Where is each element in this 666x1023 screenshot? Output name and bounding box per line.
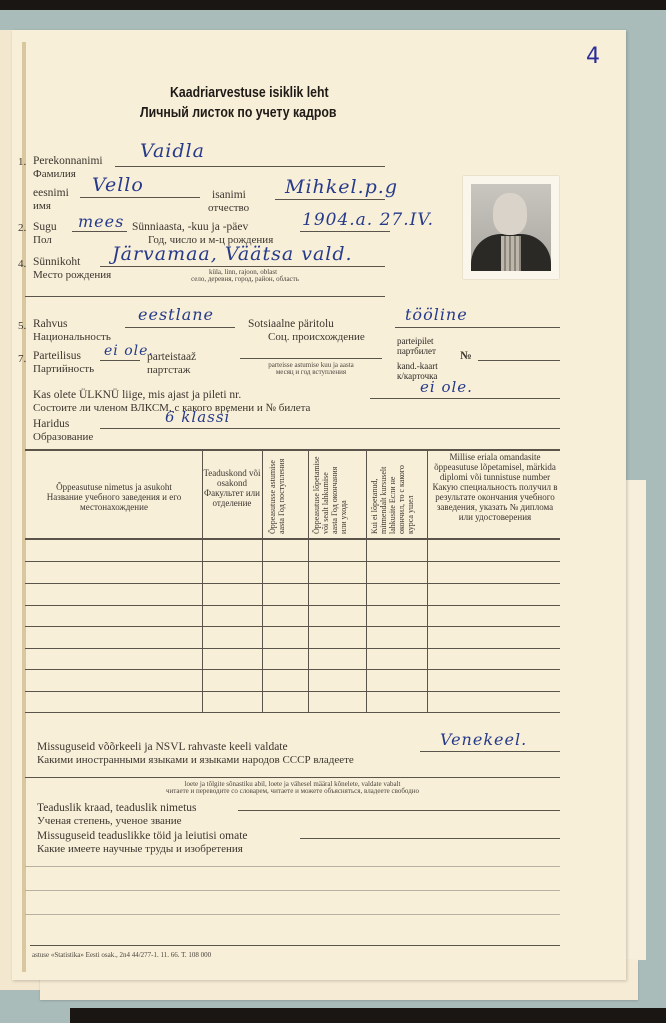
education-label-ru: Образование (33, 431, 93, 443)
sex-label-ru: Пол (33, 234, 52, 246)
page-number: 4 (586, 44, 600, 69)
party-card-label-ru: партбилет (397, 346, 436, 356)
patronymic-label-ru: отчество (208, 202, 249, 214)
party-label: Parteilisus (33, 350, 81, 363)
background-bottom (70, 1008, 666, 1023)
patronymic-label: isanimi (212, 189, 246, 202)
field-number: 1. (18, 156, 26, 168)
first-name-value[interactable]: Vello (92, 174, 144, 196)
birth-place-value[interactable]: Järvamaa, Väätsa vald. (112, 243, 353, 265)
komsomol-value[interactable]: ei ole. (420, 378, 473, 396)
party-stage-label-ru: партстаж (147, 364, 190, 376)
surname-label: Perekonnanimi (33, 155, 103, 168)
party-card-label: parteipilet (397, 336, 433, 346)
degree-label: Teaduslik kraad, teaduslik nimetus (37, 802, 197, 815)
nationality-label: Rahvus (33, 318, 68, 331)
languages-label: Missuguseid võõrkeeli ja NSVL rahvaste k… (37, 741, 288, 754)
field-number: 2. (18, 222, 26, 234)
languages-label-ru: Какими иностранными языками и языками на… (37, 754, 354, 766)
first-name-label: eesnimi (33, 187, 69, 200)
portrait-photo (463, 176, 559, 279)
social-origin-value[interactable]: tööline (405, 305, 468, 324)
degree-label-ru: Ученая степень, ученое звание (37, 815, 182, 827)
background-top (0, 0, 666, 10)
party-stage-label: parteistaaž (147, 351, 196, 364)
title-russian: Личный листок по учету кадров (140, 104, 336, 121)
social-origin-label-ru: Соц. происхождение (268, 331, 365, 343)
title-estonian: Kaadriarvestuse isiklik leht (170, 84, 329, 101)
surname-label-ru: Фамилия (33, 168, 76, 180)
sex-value[interactable]: mees (78, 212, 124, 231)
patronymic-value[interactable]: Mihkel.p.g (285, 176, 398, 198)
languages-value[interactable]: Venekeel. (440, 730, 527, 749)
surname-value[interactable]: Vaidla (140, 140, 205, 162)
field-number: 7. (18, 353, 26, 365)
table-header-end-year: Õppeasutuse lõpetamise või sealt lahkumi… (312, 456, 348, 534)
binding-edge (22, 42, 26, 972)
education-value[interactable]: 6 klassi (165, 408, 230, 426)
table-header-specialty: Millise eriala omandasite õppeasutuse lõ… (430, 452, 560, 522)
nationality-value[interactable]: eestlane (138, 305, 214, 324)
party-label-ru: Партийность (33, 363, 94, 375)
birth-date-value[interactable]: 1904.a. 27.IV. (302, 210, 434, 230)
nationality-label-ru: Национальность (33, 331, 111, 343)
education-label: Haridus (33, 418, 69, 431)
table-header-faculty: Teaduskond või osakondФакультет или отде… (203, 468, 261, 508)
birth-place-hint-ru: село, деревня, город, район, область (170, 275, 320, 283)
languages-hint-ru: читаете и переводите со словарем, читает… (25, 787, 560, 795)
works-label: Missuguseid teaduslikke töid ja leiutisi… (37, 830, 248, 843)
party-no-label: № (460, 350, 472, 363)
table-header-entry-year: Õppeasutusse astumise aasta Год поступле… (268, 456, 286, 534)
first-name-label-ru: имя (33, 200, 51, 212)
cand-card-label: kand.-kaart (397, 361, 438, 371)
table-header-left-course: Kui ei lõpetanud, mitmendalt kursuselt l… (370, 456, 415, 534)
birth-date-label: Sünniaasta, -kuu ja -päev (132, 221, 248, 234)
table-header-institution: Õppeasutuse nimetus ja asukohtНазвание у… (28, 482, 200, 512)
komsomol-label: Kas olete ÜLKNÜ liige, mis ajast ja pile… (33, 389, 241, 402)
party-join-hint-ru: месяц и год вступления (240, 368, 382, 376)
field-number: 4. (18, 258, 26, 270)
social-origin-label: Sotsiaalne päritolu (248, 318, 334, 331)
field-number: 5. (18, 320, 26, 332)
birth-place-label: Sünnikoht (33, 256, 80, 269)
print-info: astuse «Statistika» Eesti osak., 2n4 44/… (32, 951, 211, 959)
birth-place-label-ru: Место рождения (33, 269, 111, 281)
sex-label: Sugu (33, 221, 57, 234)
works-label-ru: Какие имеете научные труды и изобретения (37, 843, 243, 855)
